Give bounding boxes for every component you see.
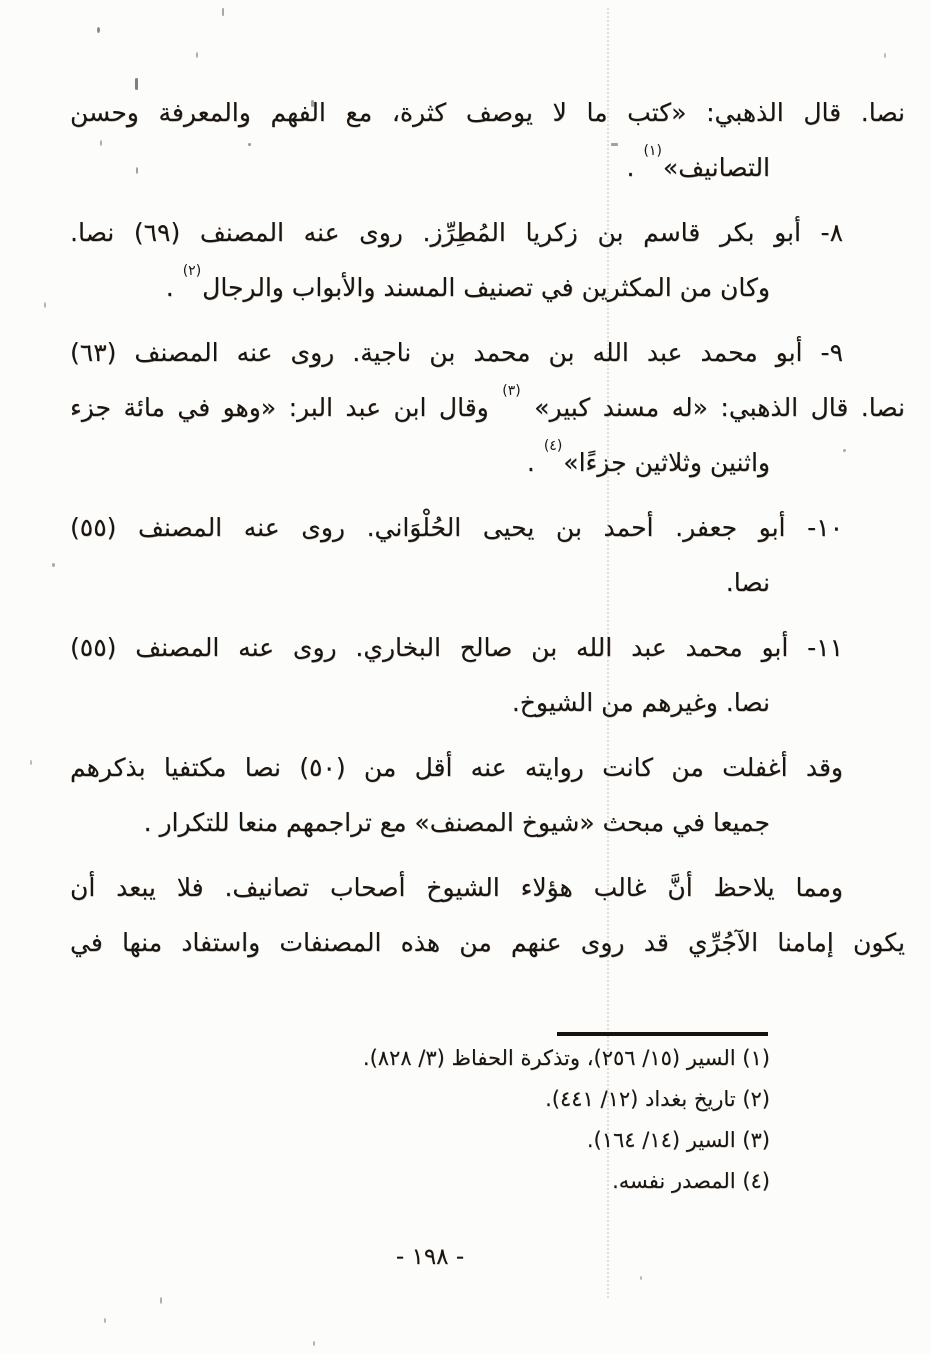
text-line: واثنين وثلاثين جزءًا»(٤) . (70, 435, 770, 490)
footnote-separator-rule (557, 1032, 768, 1036)
footnote-ref: (٣) (502, 383, 520, 399)
footnote-1: (١) السير (١٥/ ٢٥٦)، وتذكرة الحفاظ (٣/ ٨… (150, 1038, 770, 1079)
text-line: جميعا في مبحث «شيوخ المصنف» مع تراجمهم م… (70, 795, 770, 850)
scan-noise-dot (313, 1341, 315, 1346)
shaykh-entry-9: ٩- أبو محمد عبد الله بن محمد بن ناجية. ر… (70, 325, 905, 490)
text-line: ٩- أبو محمد عبد الله بن محمد بن ناجية. ر… (70, 325, 905, 380)
text-line: وكان من المكثرين في تصنيف المسند والأبوا… (70, 260, 770, 315)
text-line: يكون إمامنا الآجُرِّي قد روى عنهم من هذه… (70, 915, 905, 970)
footnote-ref: (٢) (183, 263, 201, 279)
text-line: ومما يلاحظ أنَّ غالب هؤلاء الشيوخ أصحاب … (70, 860, 905, 915)
text-line: التصانيف»(١) . (70, 140, 770, 195)
opening-continuation-paragraph: نصا. قال الذهبي: «كتب ما لا يوصف كثرة، م… (70, 85, 905, 195)
observation-paragraph: ومما يلاحظ أنَّ غالب هؤلاء الشيوخ أصحاب … (70, 860, 905, 970)
text-line: ١١- أبو محمد عبد الله بن صالح البخاري. ر… (70, 620, 905, 675)
footnote-ref: (١) (643, 143, 661, 159)
footnotes-block: (١) السير (١٥/ ٢٥٦)، وتذكرة الحفاظ (٣/ ٨… (150, 1038, 770, 1202)
scan-noise-dot (52, 563, 55, 567)
scan-noise-dot (222, 8, 224, 16)
body-text: نصا. قال الذهبي: «كتب ما لا يوصف كثرة، م… (70, 85, 905, 980)
text-line: نصا. قال الذهبي: «كتب ما لا يوصف كثرة، م… (70, 85, 905, 140)
shaykh-entry-8: ٨- أبو بكر قاسم بن زكريا المُطِرِّز. روى… (70, 205, 905, 315)
scan-noise-dot (97, 27, 100, 33)
footnote-2: (٢) تاريخ بغداد (١٢/ ٤٤١). (150, 1079, 770, 1120)
scan-noise-dot (640, 1276, 642, 1280)
shaykh-entry-10: ١٠- أبو جعفر. أحمد بن يحيى الحُلْوَاني. … (70, 500, 905, 610)
footnote-3: (٣) السير (١٤/ ١٦٤). (150, 1120, 770, 1161)
page-number: - ١٩٨ - (378, 1244, 482, 1270)
scan-noise-dot (160, 1297, 162, 1304)
shaykh-entry-11: ١١- أبو محمد عبد الله بن صالح البخاري. ر… (70, 620, 905, 730)
scan-noise-dot (104, 1318, 106, 1323)
scan-noise-dot (196, 52, 198, 58)
text-line: وقد أغفلت من كانت روايته عنه أقل من (٥٠)… (70, 740, 905, 795)
scan-noise-dot (44, 302, 46, 308)
text-line: نصا. (70, 555, 770, 610)
scan-noise-dot (30, 760, 32, 765)
text-line: ١٠- أبو جعفر. أحمد بن يحيى الحُلْوَاني. … (70, 500, 905, 555)
scan-noise-dot (884, 53, 886, 58)
text-line: ٨- أبو بكر قاسم بن زكريا المُطِرِّز. روى… (70, 205, 905, 260)
scanned-book-page: نصا. قال الذهبي: «كتب ما لا يوصف كثرة، م… (0, 0, 931, 1354)
omission-note-paragraph: وقد أغفلت من كانت روايته عنه أقل من (٥٠)… (70, 740, 905, 850)
text-line: نصا. وغيرهم من الشيوخ. (70, 675, 770, 730)
footnote-4: (٤) المصدر نفسه. (150, 1161, 770, 1202)
footnote-ref: (٤) (544, 438, 562, 454)
text-line: نصا. قال الذهبي: «له مسند كبير» (٣) وقال… (70, 380, 905, 435)
